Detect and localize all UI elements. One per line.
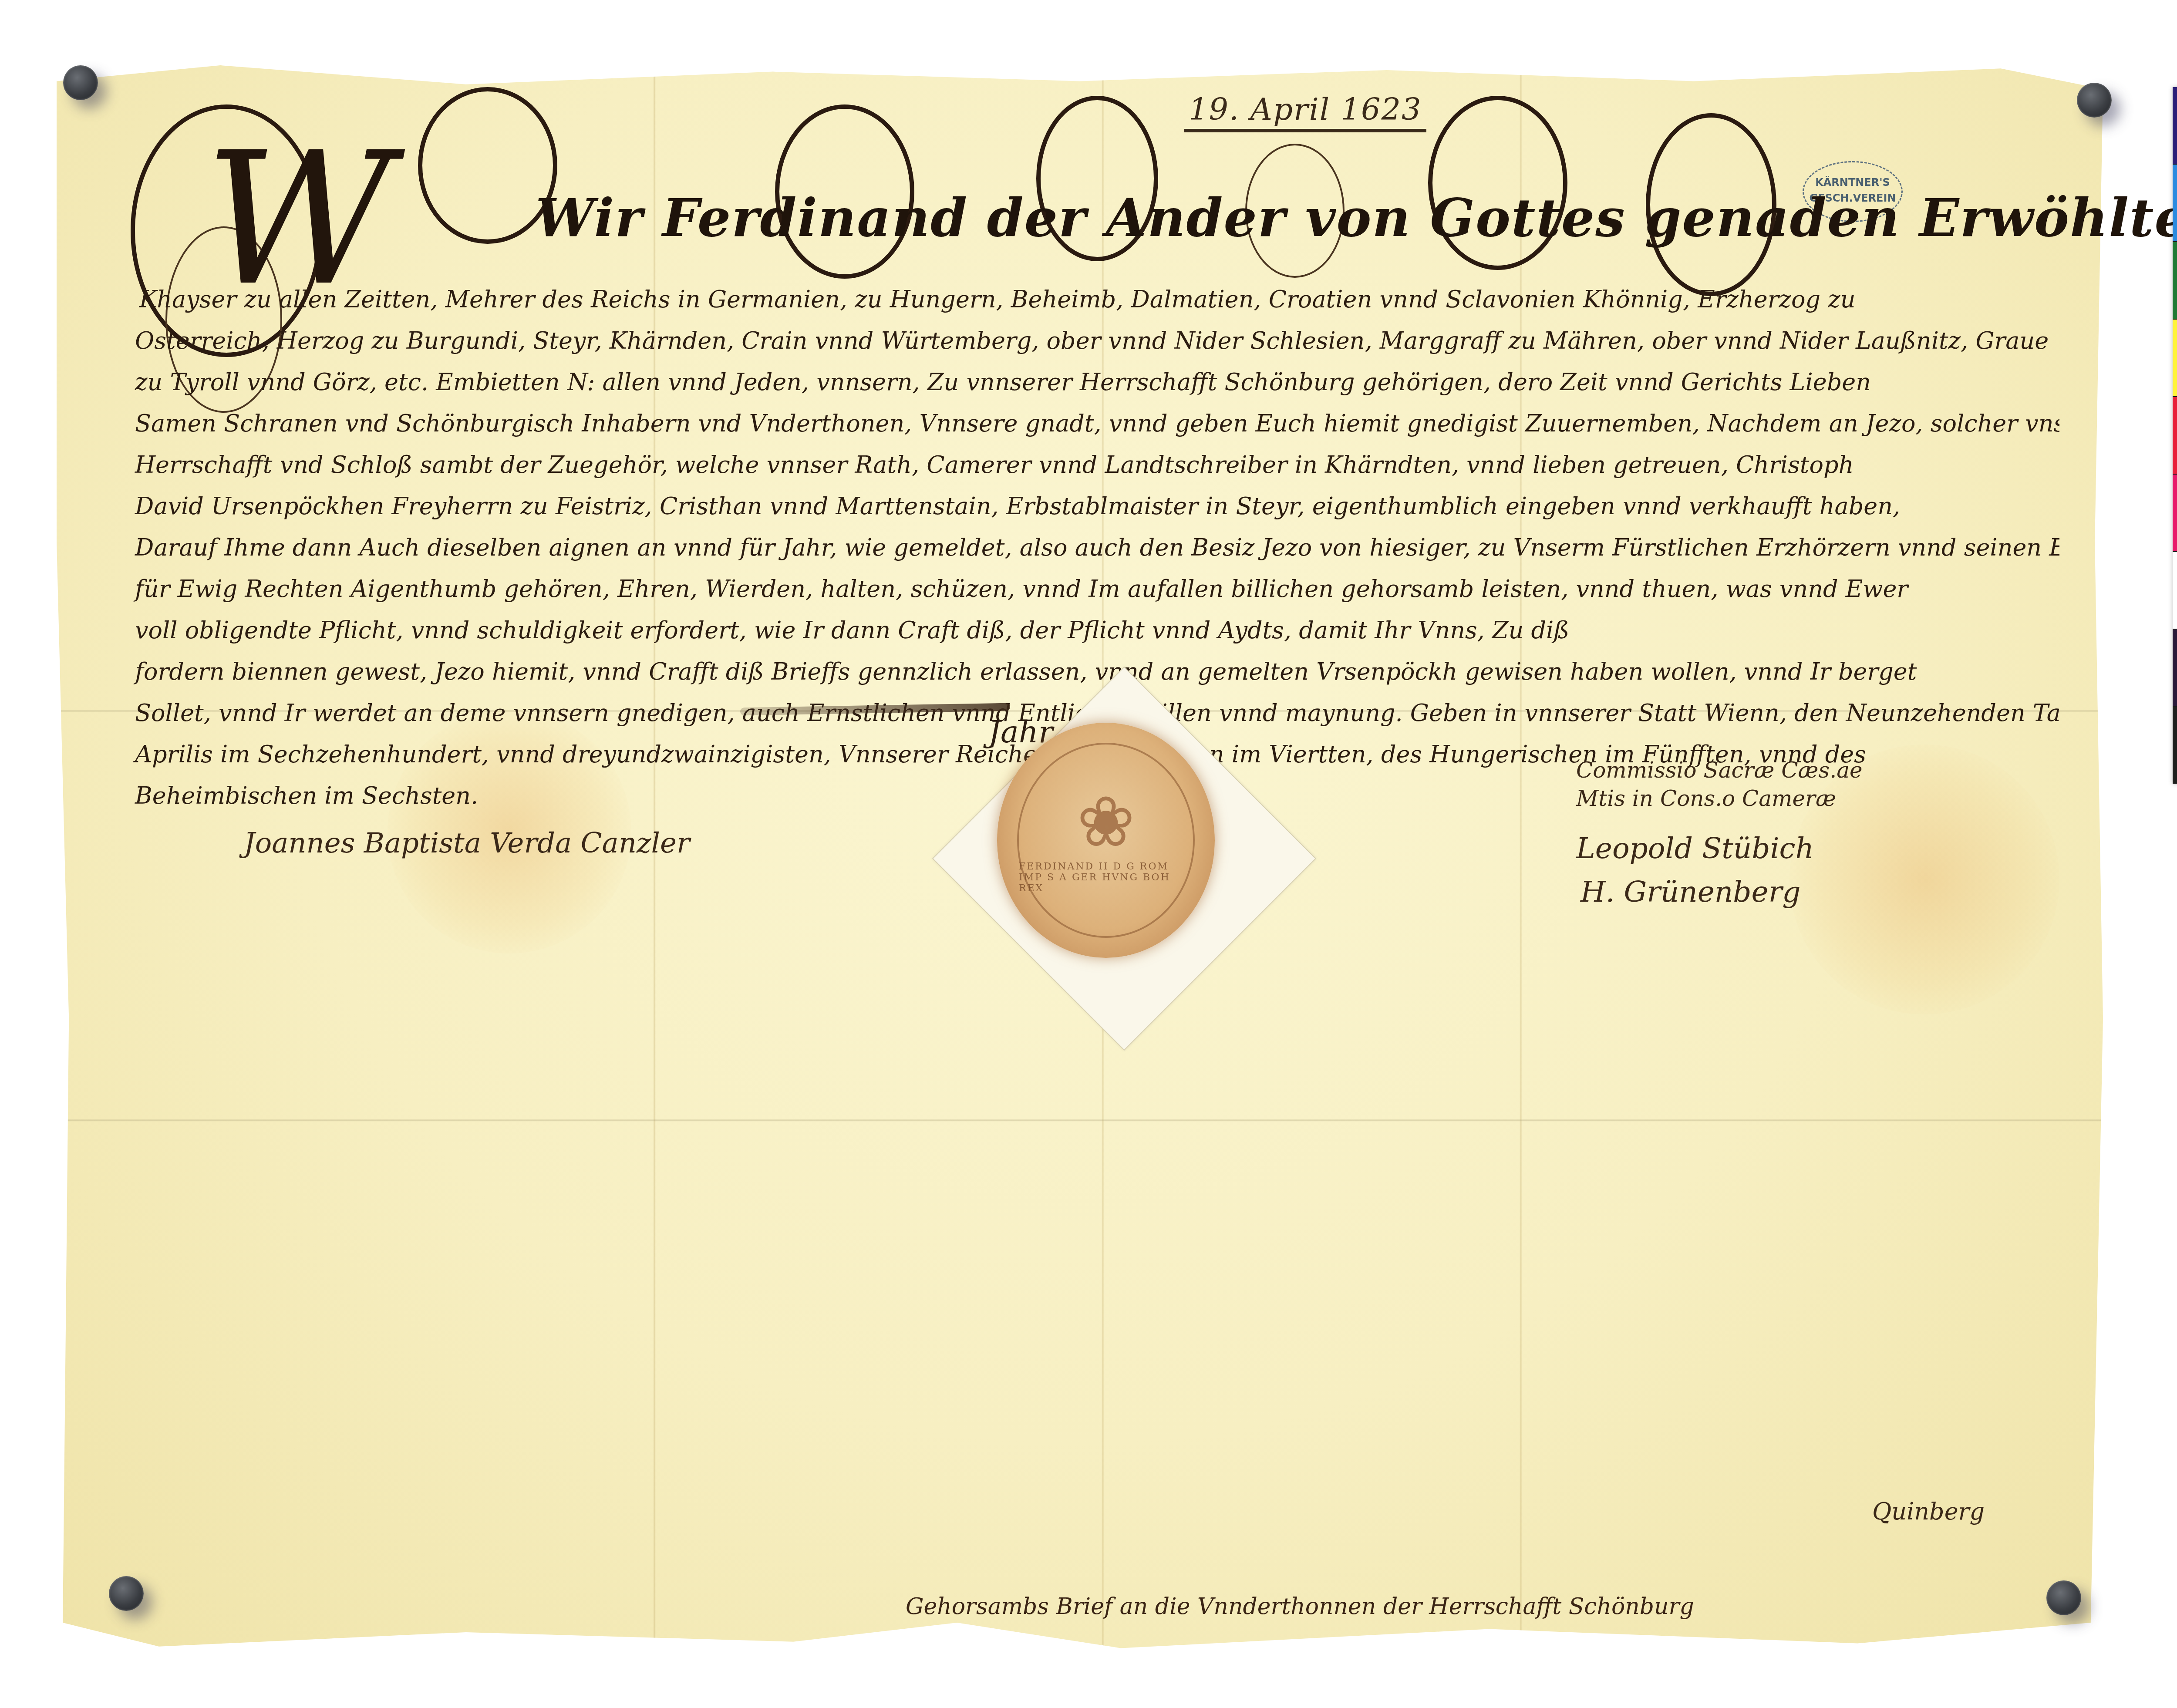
mounting-pin-top-left xyxy=(63,65,98,100)
patch-magenta-dark xyxy=(2173,475,2177,551)
body-line: David Ursenpöckhen Freyherrn zu Feistriz… xyxy=(122,485,2059,527)
patch-row-red xyxy=(2173,397,2177,475)
patch-yellow-dark xyxy=(2173,320,2177,396)
color-patches xyxy=(2173,87,2177,784)
patch-row-white xyxy=(2173,552,2177,630)
body-line: Herrschafft vnd Schloß sambt der Zuegehö… xyxy=(122,444,2059,485)
wax-seal: ❀ FERDINAND II D G ROM IMP S A GER HVNG … xyxy=(997,723,1215,958)
kodak-color-control-strip: Blue Cyan Green Yellow Red Magenta White… xyxy=(2173,87,2177,784)
patch-cyan-dark xyxy=(2173,165,2177,241)
fold-line xyxy=(57,1119,2103,1122)
signature-bottom-right: Quinberg xyxy=(1872,1498,1985,1525)
endorsement-note: Gehorsambs Brief an die Vnnderthonnen de… xyxy=(906,1593,1694,1620)
double-eagle-icon: ❀ xyxy=(1077,787,1135,857)
body-line: für Ewig Rechten Aigenthumb gehören, Ehr… xyxy=(122,568,2059,610)
document-title-line: Wir Ferdinand der Ander von Gottes genad… xyxy=(536,187,2177,249)
body-line: zu Tyroll vnnd Görz, etc. Embietten N: a… xyxy=(122,361,2059,403)
patch-row-green xyxy=(2173,242,2177,320)
patch-white xyxy=(2173,552,2177,629)
patch-row-3color xyxy=(2173,630,2177,707)
body-line: Darauf Ihme dann Auch dieselben aignen a… xyxy=(122,527,2059,568)
patch-green-dark xyxy=(2173,242,2177,319)
patch-red-dark xyxy=(2173,397,2177,474)
seal-rim: ❀ FERDINAND II D G ROM IMP S A GER HVNG … xyxy=(1017,743,1195,938)
seal-legend: FERDINAND II D G ROM IMP S A GER HVNG BO… xyxy=(1019,861,1193,894)
patch-black-dark xyxy=(2173,707,2177,784)
body-line: fordern biennen gewest, Jezo hiemit, vnn… xyxy=(122,651,2059,692)
signature-chancellor: Joannes Baptista Verda Canzler xyxy=(244,827,690,859)
body-line: Samen Schranen vnd Schönburgisch Inhaber… xyxy=(122,403,2059,444)
mounting-pin-top-right xyxy=(2077,83,2112,118)
signature-stubich: Leopold Stübich xyxy=(1576,832,1814,865)
commission-note-line-2: Mtis in Cons.o Cameræ xyxy=(1576,786,1836,811)
body-line: voll obligendte Pflicht, vnnd schuldigke… xyxy=(122,610,2059,651)
patch-row-blue xyxy=(2173,87,2177,165)
patch-blue-dark xyxy=(2173,87,2177,164)
date-annotation: 19. April 1623 xyxy=(1184,91,1426,132)
body-line: Khayser zu allen Zeitten, Mehrer des Rei… xyxy=(122,279,2059,320)
patch-row-cyan xyxy=(2173,165,2177,242)
mounting-pin-bottom-right xyxy=(2046,1580,2081,1615)
signature-grunenberg: H. Grünenberg xyxy=(1581,875,1800,909)
patch-row-black xyxy=(2173,707,2177,784)
patch-row-yellow xyxy=(2173,320,2177,397)
patch-row-magenta xyxy=(2173,475,2177,552)
patch-3color-dark xyxy=(2173,630,2177,706)
commission-note-line-1: Commissio Sacræ Cæs.ae xyxy=(1576,758,1863,783)
body-line: Osterreich, Herzog zu Burgundi, Steyr, K… xyxy=(122,320,2059,361)
mounting-pin-bottom-left xyxy=(109,1576,144,1611)
